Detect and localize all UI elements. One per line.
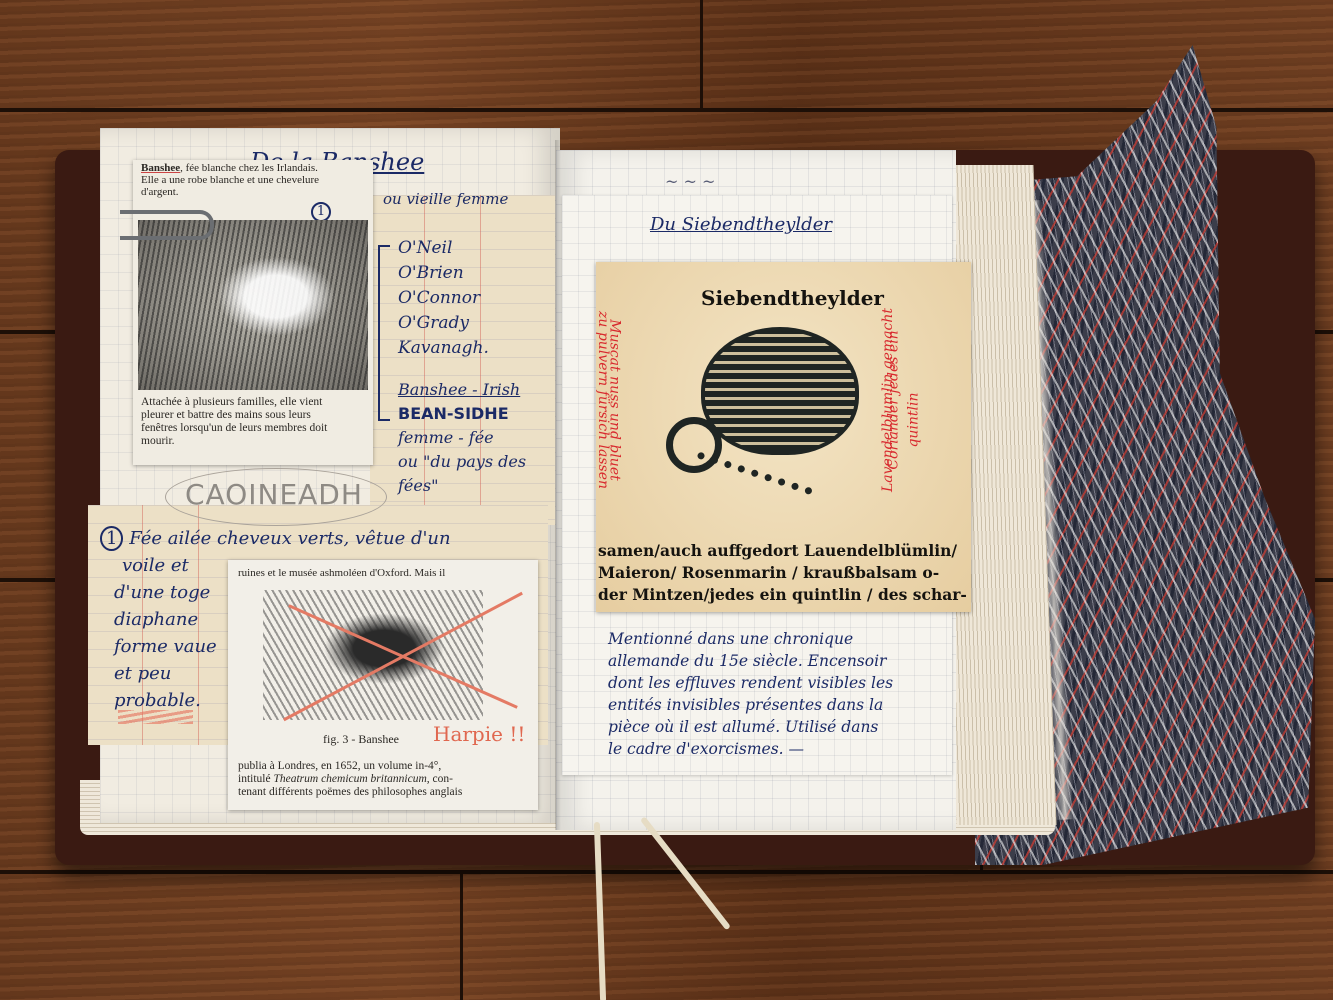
caption-line: mourir. bbox=[141, 435, 371, 448]
woodcut-clipping: Siebendtheylder Muscat nuss und bluet zu… bbox=[596, 262, 971, 612]
clipping-line: Elle a une robe blanche et une chevelure bbox=[141, 174, 319, 186]
book-title: Theatrum chemicum britannicum, bbox=[273, 773, 429, 785]
right-page-title: Du Siebendtheylder bbox=[650, 214, 832, 235]
engraving-man-and-banshee bbox=[138, 220, 368, 390]
paper-clip-icon bbox=[120, 210, 214, 240]
woodcut-line: samen/auch auffgedort Lauendelblümlin/ bbox=[598, 540, 967, 562]
clipping-top-text: ruines et le musée ashmoléen d'Oxford. M… bbox=[238, 567, 445, 579]
note-line: entités invisibles présentes dans la bbox=[608, 694, 893, 716]
figure-caption: fig. 3 - Banshee bbox=[323, 732, 399, 747]
note-line: le cadre d'exorcismes. — bbox=[608, 738, 893, 760]
caption-line: pleurer et battre des mains sous leurs bbox=[141, 409, 371, 422]
clipping-line: d'argent. bbox=[141, 186, 179, 198]
note-line: pièce où il est allumé. Utilisé dans bbox=[608, 716, 893, 738]
footnote-marker: 1 bbox=[311, 202, 331, 222]
bracket bbox=[378, 245, 390, 421]
headword: Banshee bbox=[141, 162, 180, 174]
family-name: Kavanagh. bbox=[398, 336, 489, 361]
red-annotation-right: quintlin bbox=[906, 392, 922, 447]
banshee-clipping: Banshee, fée blanche chez les Irlandais.… bbox=[133, 160, 373, 465]
caption-line: fenêtres lorsqu'un de leurs membres doit bbox=[141, 422, 371, 435]
clipping-body-line: publia à Londres, en 1652, un volume in-… bbox=[238, 760, 462, 773]
irish-line: femme - fée bbox=[398, 426, 526, 450]
plank-seam bbox=[700, 0, 703, 110]
clipping-body-line: con- bbox=[433, 773, 453, 785]
note-line: Fée ailée cheveux verts, vêtue d'un bbox=[129, 528, 450, 549]
clipping-line: fée blanche chez les Irlandais. bbox=[186, 162, 318, 174]
woodcut-line: Maieron/ Rosenmarin / kraußbalsam o- bbox=[598, 562, 967, 584]
note-line: allemande du 15e siècle. Encensoir bbox=[608, 650, 893, 672]
correction-note: Harpie !! bbox=[433, 722, 525, 746]
pomander-ball-icon bbox=[701, 327, 859, 455]
woodcut-line: der Mintzen/jedes ein quintlin / des sch… bbox=[598, 584, 967, 606]
plank-seam bbox=[460, 874, 463, 1000]
clipping-body-line: tenant différents poëmes des philosophes… bbox=[238, 786, 462, 799]
faint-heading: ~ ~ ~ bbox=[665, 172, 715, 191]
pencil-word: CAOINEADH bbox=[185, 478, 363, 511]
red-annotation-right: Coriander jedes ein bbox=[886, 330, 902, 469]
note-line: Mentionné dans une chronique bbox=[608, 628, 893, 650]
book-gutter bbox=[555, 140, 561, 830]
gaelic-word: BEAN-SIDHE bbox=[398, 402, 526, 426]
family-name: O'Brien bbox=[398, 261, 489, 286]
woodcut-title: Siebendtheylder bbox=[701, 286, 884, 310]
irish-line: ou "du pays des bbox=[398, 450, 526, 474]
caption-line: Attachée à plusieurs familles, elle vien… bbox=[141, 396, 371, 409]
pomander-ring-icon bbox=[666, 417, 722, 473]
family-name: O'Grady bbox=[398, 311, 489, 336]
red-pencil-scribble bbox=[118, 710, 193, 724]
family-name: O'Neil bbox=[398, 236, 489, 261]
family-name: O'Connor bbox=[398, 286, 489, 311]
irish-line: fées" bbox=[398, 474, 526, 498]
note-line: dont les effluves rendent visibles les bbox=[608, 672, 893, 694]
margin-note: ou vieille femme bbox=[383, 190, 508, 208]
red-annotation-left: zu pulvern fürsich lassen bbox=[595, 311, 611, 489]
family-names: O'Neil O'Brien O'Connor O'Grady Kavanagh… bbox=[398, 236, 489, 361]
clipping-body-line: intitulé bbox=[238, 773, 271, 785]
irish-note: Banshee - Irish BEAN-SIDHE femme - fée o… bbox=[398, 378, 526, 498]
woodcut-body: samen/auch auffgedort Lauendelblümlin/ M… bbox=[598, 540, 967, 606]
irish-heading: Banshee - Irish bbox=[398, 378, 526, 402]
note-marker: 1 bbox=[100, 526, 123, 551]
right-page-note: Mentionné dans une chronique allemande d… bbox=[608, 628, 893, 760]
harpy-clipping: ruines et le musée ashmoléen d'Oxford. M… bbox=[228, 560, 538, 810]
